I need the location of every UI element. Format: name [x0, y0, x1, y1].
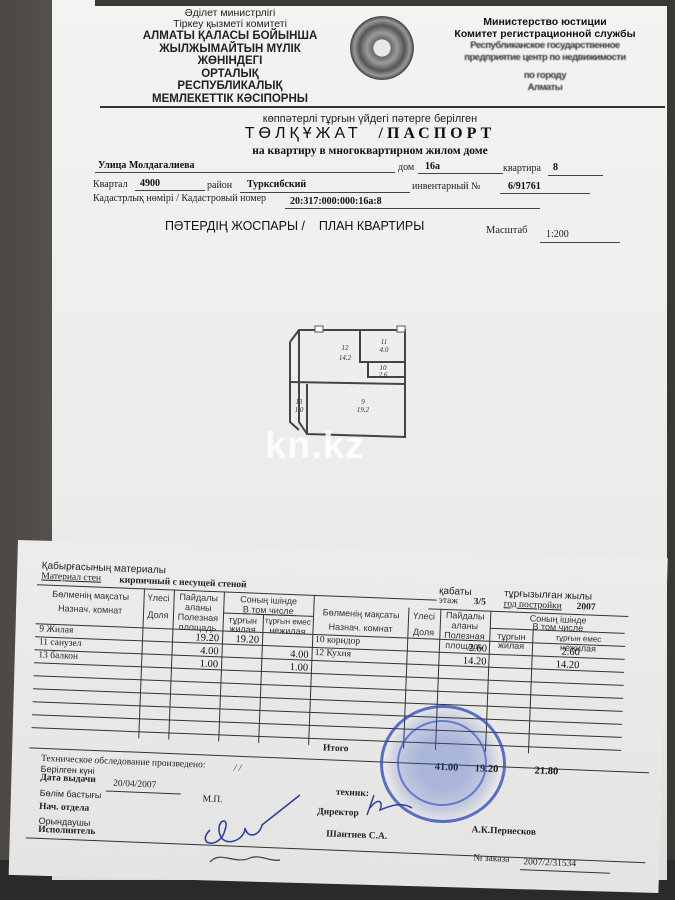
- header-ru-line4: предприятие центр по недвижимости: [440, 52, 650, 64]
- table-cell-useful: 2.60: [441, 642, 487, 655]
- inventory-value: 6/91761: [508, 181, 541, 192]
- th-useful-ru: Полезная площадь: [173, 612, 222, 634]
- header-divider: [100, 106, 665, 108]
- table-cell-useful: 4.00: [172, 645, 218, 658]
- th-room-kz: Бөлменің мақсаты: [41, 588, 141, 602]
- th-nonliving-ru: нежилая: [263, 625, 311, 637]
- state-emblem-icon: [350, 16, 414, 80]
- header-kz-line5: ОРТАЛЫҚ: [130, 68, 330, 81]
- district-value: Турксибский: [247, 179, 306, 190]
- house-underline: [418, 173, 503, 174]
- director-label: Директор: [317, 807, 359, 819]
- plan-title-ru: ПЛАН КВАРТИРЫ: [319, 219, 424, 233]
- block-underline: [135, 190, 205, 191]
- room-12-area: 14.2: [339, 354, 352, 362]
- cadastral-value: 20:317:000:000:16а:8: [290, 196, 382, 207]
- issue-label-ru: Дата выдачи: [40, 773, 96, 785]
- floor-value: 3/5: [474, 597, 487, 607]
- scale-underline: [540, 242, 620, 243]
- room-13-area: 1.0: [295, 406, 304, 414]
- plan-title: ПӘТЕРДІҢ ЖОСПАРЫ / ПЛАН КВАРТИРЫ: [165, 219, 424, 233]
- table-cell-living: 19.20: [223, 633, 259, 645]
- year-label-ru: год постройки: [503, 599, 562, 611]
- order-label: № заказа: [473, 853, 509, 864]
- watermark: kn.kz: [265, 425, 365, 468]
- th-share-ru: Доля: [144, 609, 172, 620]
- year-value: 2007: [576, 602, 595, 613]
- room-12-no: 12: [342, 344, 350, 352]
- materials-label-ru: Материал стен: [41, 571, 101, 583]
- header-kz-line2: Тіркеу қызметі комитеті: [130, 19, 330, 30]
- header-ru-line5: по городу: [440, 70, 650, 82]
- header-ru-line3: Республиканское государственное: [440, 40, 650, 52]
- room-11-no: 11: [381, 338, 387, 346]
- executor-label-ru: Исполнитель: [38, 825, 96, 837]
- table-row-room: 10 коридор: [315, 635, 360, 647]
- th-useful-kz-2: Пайдалы аланы: [442, 610, 489, 632]
- house-label: дом: [398, 162, 414, 173]
- street-underline: [95, 172, 395, 173]
- table-row-room: 11 санузел: [39, 637, 82, 649]
- th-room-kz-2: Бөлменің мақсаты: [316, 607, 406, 620]
- table-cell-nonliving: 14.20: [533, 658, 579, 671]
- room-9-area: 19.2: [357, 406, 370, 414]
- document-subtitle-ru: на квартиру в многоквартирном жилом доме: [200, 145, 540, 157]
- scale-label: Масштаб: [486, 225, 527, 236]
- th-useful-kz: Пайдалы аланы: [174, 592, 223, 614]
- table-cell-nonliving: 2.60: [534, 645, 580, 658]
- header-kz-line4: ЖЫЛЖЫМАЙТЫН МҮЛІК ЖӨНІНДЕГІ: [130, 43, 330, 68]
- title-ru: /ПАСПОРТ: [379, 125, 496, 142]
- th-share-kz: Үлесі: [144, 592, 172, 603]
- cadastral-underline: [285, 208, 540, 209]
- room-11-area: 4.0: [380, 346, 389, 354]
- room-9-no: 9: [361, 398, 365, 406]
- th-room-ru-2: Назнач. комнат: [315, 621, 405, 634]
- block-label: Квартал: [93, 179, 128, 190]
- header-kazakh: Әділет министрлігі Тіркеу қызметі комите…: [130, 8, 330, 105]
- table-row-room: 9 Жилая: [39, 624, 73, 635]
- district-label: район: [207, 180, 232, 191]
- apartment-label: квартира: [503, 163, 541, 174]
- director-name: А.К.Пернесков: [471, 825, 536, 838]
- th-living-ru-2: жилая: [491, 640, 531, 652]
- header-kz-line3: АЛМАТЫ ҚАЛАСЫ БОЙЫНША: [130, 30, 330, 43]
- room-13-no: 13: [296, 398, 304, 406]
- table-cell-useful: 1.00: [172, 658, 218, 671]
- table-cell-useful: 14.20: [440, 655, 486, 668]
- scale-value: 1:200: [546, 229, 569, 240]
- room-10-area: 2.6: [379, 371, 388, 379]
- table-row-room: 12 Кухня: [314, 648, 351, 659]
- house-value: 16а: [425, 161, 440, 172]
- th-share-kz-2: Үлесі: [410, 611, 438, 622]
- header-ru-line2: Комитет регистрационной службы: [440, 28, 650, 40]
- apartment-value: 8: [553, 162, 558, 173]
- block-value: 4900: [140, 178, 160, 189]
- executor-name: Шантиев С.А.: [326, 829, 387, 841]
- inspection-value: / /: [234, 764, 242, 774]
- signature-director-icon: [362, 790, 422, 820]
- table-row-room: 13 балкон: [38, 650, 78, 662]
- apartment-underline: [548, 175, 603, 176]
- inventory-underline: [500, 193, 590, 194]
- th-share-ru-2: Доля: [409, 627, 437, 638]
- signature-head-icon: [190, 790, 320, 870]
- th-room-ru: Назнач. комнат: [40, 602, 140, 616]
- order-number: 2007/2/31534: [523, 857, 576, 869]
- table-cell-nonliving: 1.00: [262, 661, 308, 674]
- inventory-label: инвентарный №: [412, 181, 481, 192]
- title-kz: ТӨЛҚҰЖАТ: [245, 125, 362, 142]
- header-russian: Министерство юстиции Комитет регистрацио…: [440, 16, 650, 94]
- issue-date: 20/04/2007: [113, 779, 157, 791]
- header-ru-line6: Алматы: [440, 82, 650, 94]
- head-label-kz: Бөлім бастығы: [39, 788, 101, 800]
- top-shadow: [95, 0, 675, 6]
- street-value: Улица Молдагалиева: [98, 160, 195, 171]
- head-label-ru: Нач. отдела: [39, 802, 90, 814]
- floor-label-ru: этаж: [439, 596, 459, 607]
- plan-title-kz: ПӘТЕРДІҢ ЖОСПАРЫ /: [165, 219, 305, 233]
- header-kz-line7: МЕМЛЕКЕТТІК КӘСІПОРНЫ: [130, 93, 330, 106]
- header-kz-line6: РЕСПУБЛИКАЛЫҚ: [130, 80, 330, 93]
- header-ru-line1: Министерство юстиции: [440, 16, 650, 28]
- document-footer: Техническое обследование произведено: / …: [14, 735, 659, 900]
- table-cell-useful: 19.20: [173, 632, 219, 645]
- document-subtitle-kz: көппәтерлі тұрғын үйдегі пәтерге берілге…: [200, 113, 540, 125]
- cadastral-label: Кадастрлық нөмірі / Кадастровый номер: [93, 193, 266, 204]
- document-title: ТӨЛҚҰЖАТ /ПАСПОРТ: [200, 125, 540, 143]
- table-cell-nonliving: 4.00: [262, 648, 308, 661]
